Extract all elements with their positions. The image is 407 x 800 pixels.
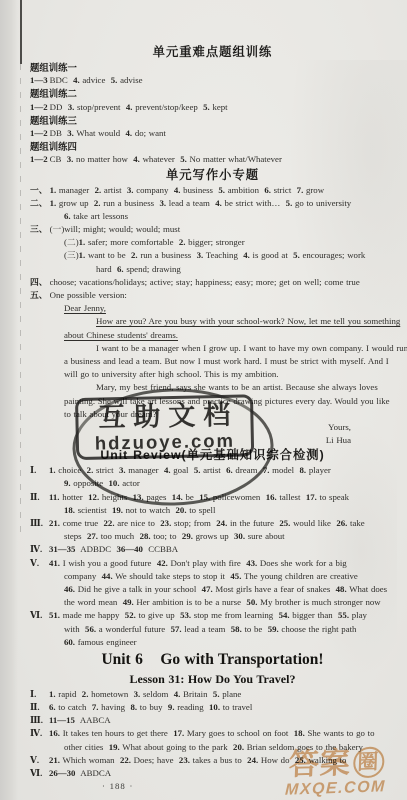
essay-line: will go to university after high school.…: [30, 368, 395, 381]
subsection-heading: 题组训练四: [30, 140, 395, 153]
subsection-heading: 题组训练二: [30, 87, 395, 100]
answer-line: 1—2DD 3. stop/prevent 4. prevent/stop/ke…: [30, 101, 395, 114]
answer-line: (二)1. safer; more comfortable 2. bigger;…: [30, 236, 395, 249]
answer-line: 1—3BDC 4. advice 5. advise: [30, 74, 395, 87]
list-marker: Ⅳ.: [30, 727, 47, 740]
answer-line: 三、(一)will; might; would; would; must: [30, 223, 395, 236]
answer-line: hard 6. spend; drawing: [30, 263, 395, 276]
list-marker: 1—3: [30, 74, 48, 87]
essay-line: about Chinese students' dreams.: [30, 329, 395, 342]
list-marker: Ⅴ.: [30, 557, 47, 570]
list-marker: Ⅱ.: [30, 491, 47, 504]
answer-line: the word mean 49. Her ambition is to be …: [30, 596, 395, 609]
answer-line: 四、choose; vacations/holidays; active; st…: [30, 276, 395, 289]
answer-line: company 44. We should take steps to stop…: [30, 570, 395, 583]
list-marker: Ⅰ.: [30, 688, 47, 701]
essay-line: a business and lead a team. But now I mu…: [30, 355, 395, 368]
essay-signature: Li Hua: [30, 434, 395, 447]
answer-line: steps 27. too much 28. too; to 29. grows…: [30, 530, 395, 543]
answer-line: 9. opposite 10. actor: [30, 477, 395, 490]
essay-line: Mary, my best friend, says she wants to …: [30, 381, 395, 394]
answer-line: Ⅴ.41. I wish you a good future 42. Don't…: [30, 557, 395, 570]
answer-line: 五、One possible version:: [30, 289, 395, 302]
section-title: 单元重难点题组训练: [30, 44, 395, 61]
answer-line: 18. scientist 19. not to watch 20. to sp…: [30, 504, 395, 517]
answer-line: Ⅵ.26—30 ABDCA: [30, 767, 395, 780]
scanned-answer-page: 单元重难点题组训练题组训练一1—3BDC 4. advice 5. advise…: [0, 0, 407, 800]
answer-line: Ⅳ.16. It takes ten hours to get there 17…: [30, 727, 395, 740]
answer-line: 46. Did he give a talk in your school 47…: [30, 583, 395, 596]
answer-line: Ⅱ.6. to catch 7. having 8. to buy 9. rea…: [30, 701, 395, 714]
list-marker: Ⅲ.: [30, 517, 47, 530]
answer-line: other cities 19. What about going to the…: [30, 741, 395, 754]
answer-line: Ⅲ.21. come true 22. are nice to 23. stop…: [30, 517, 395, 530]
answer-line: with 56. a wonderful future 57. lead a t…: [30, 623, 395, 636]
subsection-heading: 题组训练一: [30, 61, 395, 74]
unit-title: Unit 6 Go with Transportation!: [30, 649, 395, 671]
list-marker: Ⅱ.: [30, 701, 47, 714]
list-marker: Ⅵ.: [30, 609, 47, 622]
essay-line: to talk about your dream?: [30, 408, 395, 421]
page-gutter-shadow: [0, 0, 18, 800]
answer-lines: 单元重难点题组训练题组训练一1—3BDC 4. advice 5. advise…: [30, 44, 395, 793]
answer-line: Ⅳ.31—35 ADBDC 36—40 CCBBA: [30, 543, 395, 556]
list-marker: Ⅳ.: [30, 543, 47, 556]
answer-line: Ⅰ.1. rapid 2. hometown 3. seldom 4. Brit…: [30, 688, 395, 701]
page-number: · 188 ·: [30, 780, 395, 793]
essay-signature: Yours,: [30, 421, 395, 434]
spine-line: [20, 0, 22, 64]
essay-line: painting. She will take art lessons and …: [30, 395, 395, 408]
list-marker: 二、: [30, 197, 48, 210]
answer-line: (三)1. want to be 2. run a business 3. Te…: [30, 249, 395, 262]
answer-line: 6. take art lessons: [30, 210, 395, 223]
answer-line: 1—2DB 3. What would 4. do; want: [30, 127, 395, 140]
list-marker: 五、: [30, 289, 48, 302]
list-marker: 三、: [30, 223, 48, 236]
list-marker: Ⅴ.: [30, 754, 47, 767]
answer-line: 1—2CB 3. no matter how 4. whatever 5. No…: [30, 153, 395, 166]
list-marker: 1—2: [30, 127, 48, 140]
list-marker: Ⅵ.: [30, 767, 47, 780]
list-marker: Ⅰ.: [30, 464, 47, 477]
lesson-title: Lesson 31: How Do You Travel?: [30, 671, 395, 688]
answer-line: Ⅲ.11—15 AABCA: [30, 714, 395, 727]
answer-line: 二、1. grow up 2. run a business 3. lead a…: [30, 197, 395, 210]
answer-line: Ⅴ.21. Which woman 22. Does; have 23. tak…: [30, 754, 395, 767]
list-marker: 1—2: [30, 101, 48, 114]
essay-line: Dear Jenny,: [30, 302, 395, 315]
section-title: 单元写作小专题: [30, 167, 395, 184]
list-marker: 1—2: [30, 153, 48, 166]
subsection-heading: 题组训练三: [30, 114, 395, 127]
answer-line: Ⅱ.11. hotter 12. heights 13. pages 14. b…: [30, 491, 395, 504]
answer-line: 60. famous engineer: [30, 636, 395, 649]
answer-line: 一、1. manager 2. artist 3. company 4. bus…: [30, 184, 395, 197]
spine-line-faint: [20, 64, 21, 534]
essay-line: How are you? Are you busy with your scho…: [30, 315, 395, 328]
answer-line: Ⅰ.1. choice 2. strict 3. manager 4. goal…: [30, 464, 395, 477]
essay-line: I want to be a manager when I grow up. I…: [30, 342, 395, 355]
list-marker: 一、: [30, 184, 48, 197]
section-title: Unit Review(单元基础知识综合检测): [30, 447, 395, 464]
list-marker: 四、: [30, 276, 48, 289]
answer-line: Ⅵ.51. made me happy 52. to give up 53. s…: [30, 609, 395, 622]
list-marker: Ⅲ.: [30, 714, 47, 727]
